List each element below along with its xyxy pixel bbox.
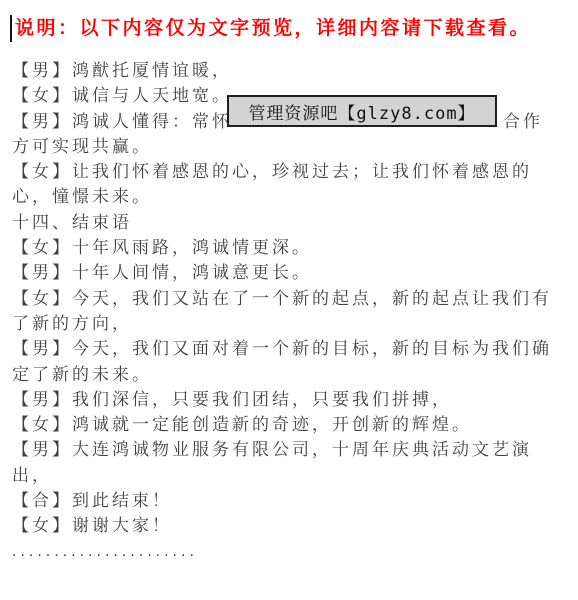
text-cursor <box>10 15 12 42</box>
script-line: 【女】今天，我们又站在了一个新的起点，新的起点让我们有 <box>12 287 578 312</box>
document-preview-page: 说明：以下内容仅为文字预览，详细内容请下载查看。 【男】鸿猷托厦情谊暖， 【女】… <box>0 0 578 600</box>
script-line: 【合】到此结束！ <box>12 489 578 514</box>
script-line: 【女】让我们怀着感恩的心，珍视过去；让我们怀着感恩的 <box>12 160 578 185</box>
preview-notice: 说明：以下内容仅为文字预览，详细内容请下载查看。 <box>15 15 531 42</box>
script-line: 了新的方向， <box>12 312 578 337</box>
section-heading: 十四、结束语 <box>12 211 578 236</box>
script-body: 【男】鸿猷托厦情谊暖， 【女】诚信与人天地宽。 【男】鸿诚人懂得：常怀合作 方可… <box>12 59 578 565</box>
script-line: 【男】大连鸿诚物业服务有限公司，十周年庆典活动文艺演 <box>12 438 578 463</box>
preview-notice-row: 说明：以下内容仅为文字预览，详细内容请下载查看。 <box>10 15 531 42</box>
script-line: 出， <box>12 464 578 489</box>
script-line-suffix: 合作 <box>503 112 543 132</box>
script-line: 方可实现共赢。 <box>12 135 578 160</box>
script-line: 定了新的未来。 <box>12 363 578 388</box>
watermark-text: 管理资源吧【glzy8.com】 <box>248 99 475 124</box>
script-line: 【男】鸿猷托厦情谊暖， <box>12 59 578 84</box>
script-line: 心，憧憬未来。 <box>12 185 578 210</box>
script-line: 【男】十年人间情，鸿诚意更长。 <box>12 261 578 286</box>
script-line: 【男】我们深信，只要我们团结，只要我们拼搏， <box>12 388 578 413</box>
watermark-badge: 管理资源吧【glzy8.com】 <box>227 95 497 127</box>
script-line: 【女】十年风雨路，鸿诚情更深。 <box>12 236 578 261</box>
script-line: 【女】谢谢大家！ <box>12 514 578 539</box>
script-line-prefix: 【男】鸿诚人懂得：常怀 <box>12 112 232 132</box>
script-line: 【男】今天，我们又面对着一个新的目标，新的目标为我们确 <box>12 337 578 362</box>
ellipsis-line: ...................... <box>12 540 578 565</box>
script-line: 【女】鸿诚就一定能创造新的奇迹，开创新的辉煌。 <box>12 413 578 438</box>
